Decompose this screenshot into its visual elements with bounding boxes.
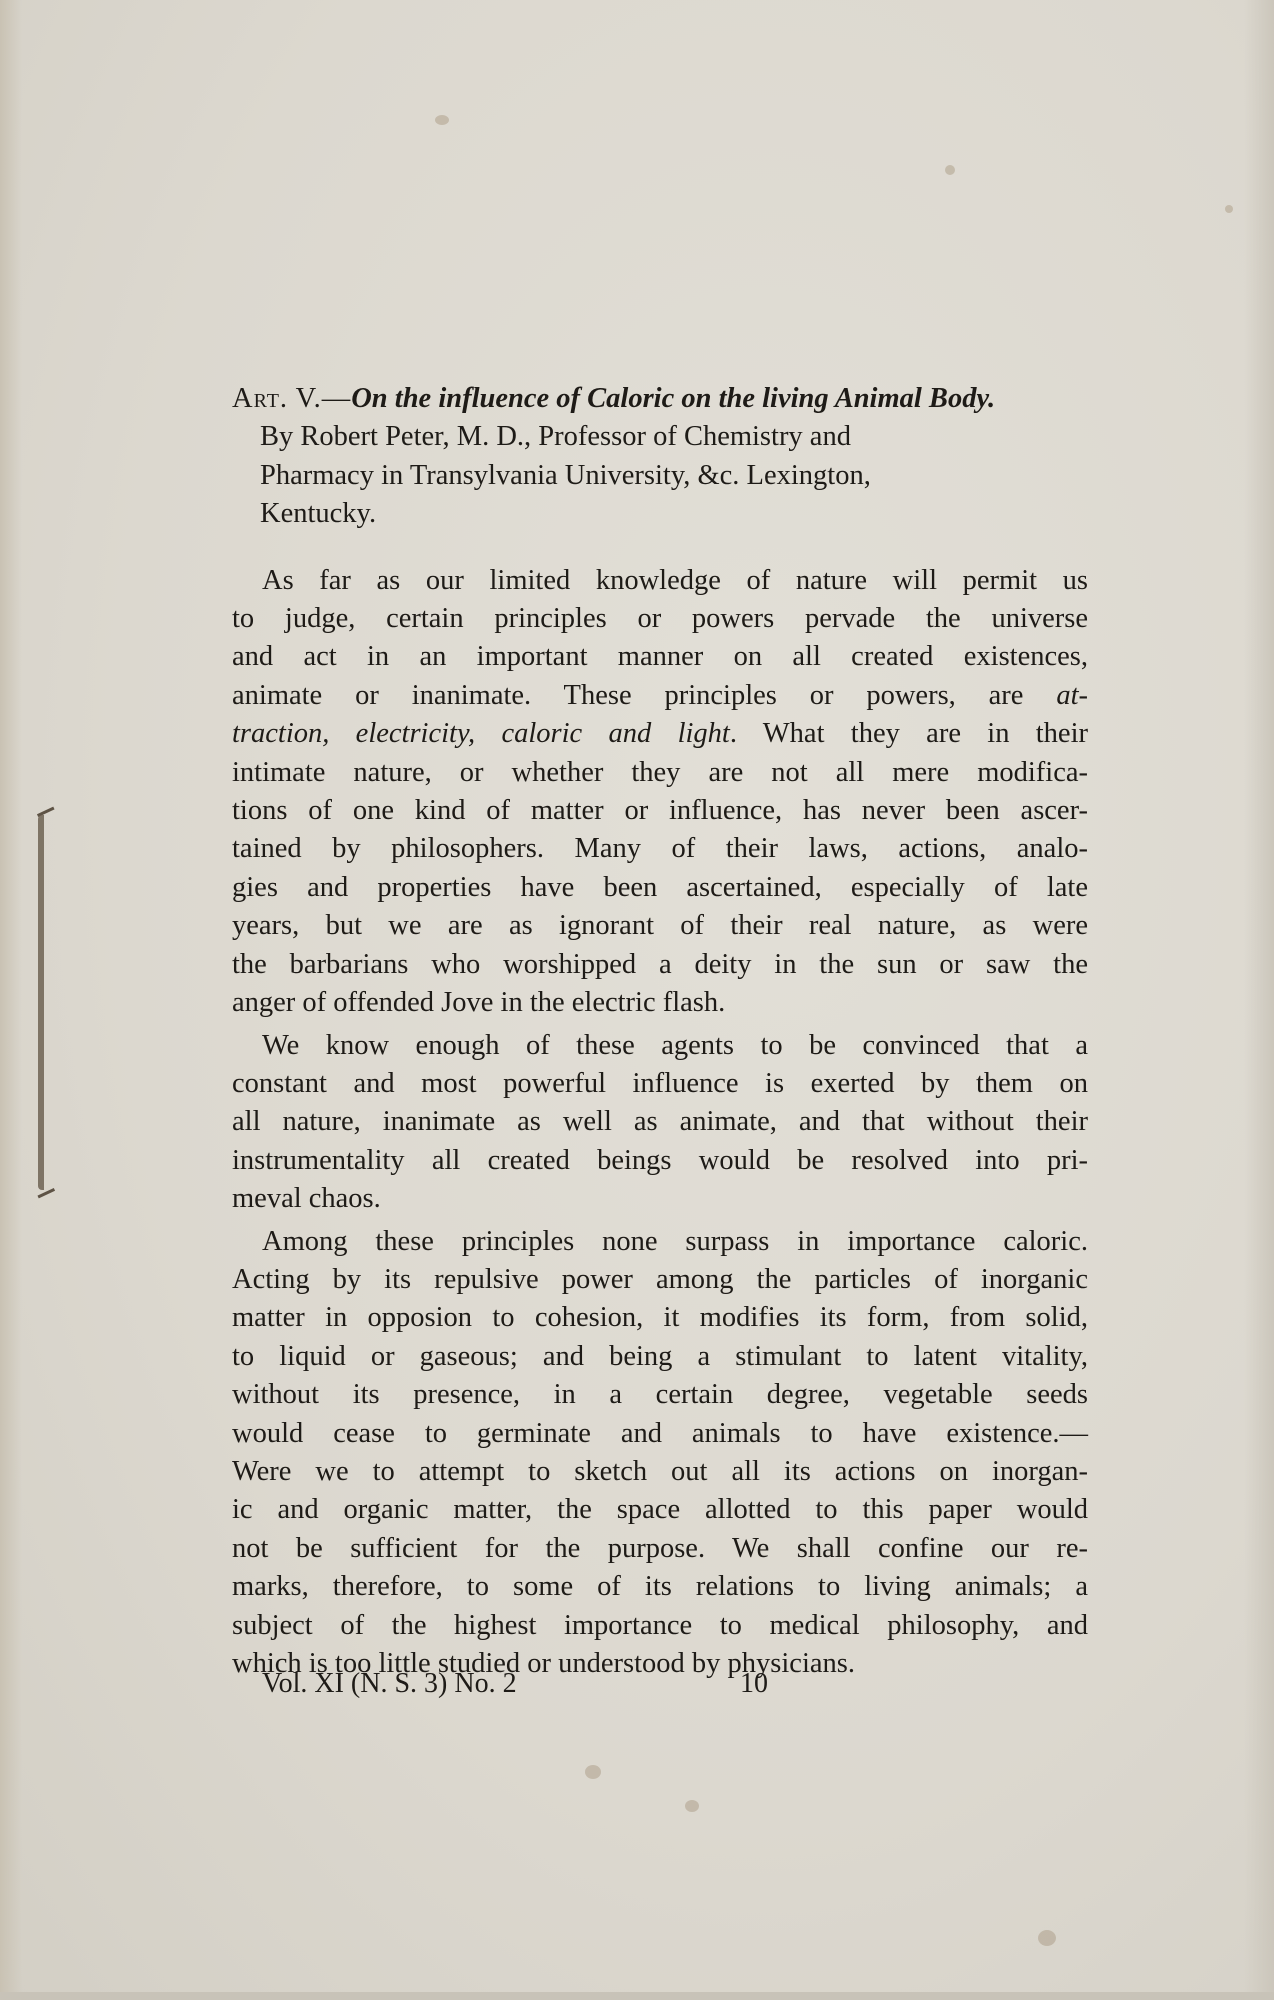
article-heading: Art. V.—On the influence of Caloric on t…: [232, 380, 1088, 534]
scanned-page: Art. V.—On the influence of Caloric on t…: [0, 0, 1274, 2000]
text-segment: animate or inanimate. These principles o…: [232, 680, 1056, 711]
text-line: years, but we are as ignorant of their r…: [232, 907, 1088, 945]
page-right-edge: [1244, 0, 1274, 2000]
text-line: Acting by its repulsive power among the …: [232, 1261, 1088, 1299]
page-footer: Vol. XI (N. S. 3) No. 2 10: [262, 1668, 822, 1700]
text-line: to liquid or gaseous; and being a stimul…: [232, 1338, 1088, 1376]
article-title-line: Art. V.—On the influence of Caloric on t…: [232, 380, 1088, 418]
foxing-spot: [1038, 1930, 1056, 1946]
text-line: marks, therefore, to some of its relatio…: [232, 1568, 1088, 1606]
text-line: meval chaos.: [232, 1180, 1088, 1218]
text-line: gies and properties have been ascertaine…: [232, 869, 1088, 907]
foxing-spot: [1225, 205, 1233, 213]
signature-mark: Vol. XI (N. S. 3) No. 2: [262, 1668, 517, 1700]
foxing-spot: [585, 1765, 601, 1779]
text-line: ic and organic matter, the space allotte…: [232, 1491, 1088, 1529]
italic-segment: traction, electricity, caloric and light: [232, 718, 730, 749]
text-line: instrumentality all created beings would…: [232, 1142, 1088, 1180]
text-line: the barbarians who worshipped a deity in…: [232, 946, 1088, 984]
byline-line: By Robert Peter, M. D., Professor of Che…: [232, 418, 1088, 456]
text-line: anger of offended Jove in the electric f…: [232, 984, 1088, 1022]
page-bottom-edge: [0, 1992, 1274, 2000]
text-line: tions of one kind of matter or influence…: [232, 792, 1088, 830]
article-body: Art. V.—On the influence of Caloric on t…: [232, 380, 1088, 1683]
text-line: As far as our limited knowledge of natur…: [232, 562, 1088, 600]
page-number: 10: [740, 1668, 768, 1700]
text-line: We know enough of these agents to be con…: [232, 1027, 1088, 1065]
italic-segment: at-: [1056, 680, 1088, 711]
foxing-spot: [945, 165, 955, 175]
text-line: and act in an important manner on all cr…: [232, 638, 1088, 676]
text-line: tained by philosophers. Many of their la…: [232, 830, 1088, 868]
binding-thread: [38, 815, 54, 1190]
text-line: would cease to germinate and animals to …: [232, 1415, 1088, 1453]
paragraph-1: As far as our limited knowledge of natur…: [232, 562, 1088, 1023]
byline-line: Kentucky.: [232, 495, 1088, 533]
text-segment: . What they are in their: [730, 718, 1088, 749]
text-line: animate or inanimate. These principles o…: [232, 677, 1088, 715]
paragraph-2: We know enough of these agents to be con…: [232, 1027, 1088, 1219]
byline-line: Pharmacy in Transylvania University, &c.…: [232, 457, 1088, 495]
text-line: subject of the highest importance to med…: [232, 1607, 1088, 1645]
page-left-edge: [0, 0, 22, 2000]
text-line: Were we to attempt to sketch out all its…: [232, 1453, 1088, 1491]
text-line: to judge, certain principles or powers p…: [232, 600, 1088, 638]
text-line: constant and most powerful influence is …: [232, 1065, 1088, 1103]
foxing-spot: [435, 115, 449, 125]
text-line: without its presence, in a certain degre…: [232, 1376, 1088, 1414]
text-line: traction, electricity, caloric and light…: [232, 715, 1088, 753]
foxing-spot: [685, 1800, 699, 1812]
article-title: On the influence of Caloric on the livin…: [351, 383, 995, 414]
text-line: all nature, inanimate as well as animate…: [232, 1103, 1088, 1141]
article-label: Art. V.—: [232, 383, 351, 414]
text-line: Among these principles none surpass in i…: [232, 1223, 1088, 1261]
text-line: not be sufficient for the purpose. We sh…: [232, 1530, 1088, 1568]
text-line: intimate nature, or whether they are not…: [232, 754, 1088, 792]
text-line: matter in opposion to cohesion, it modif…: [232, 1299, 1088, 1337]
paragraph-3: Among these principles none surpass in i…: [232, 1223, 1088, 1684]
